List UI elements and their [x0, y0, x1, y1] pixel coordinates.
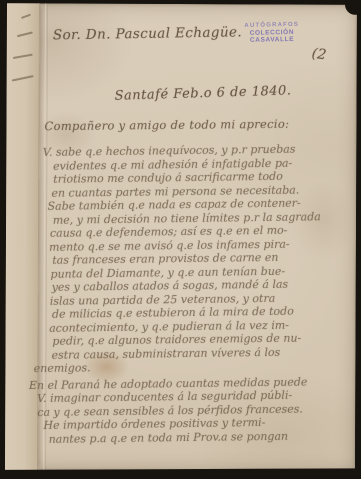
- collection-stamp: AUTÓGRAFOS COLECCIÓN CASAVALLE: [229, 21, 315, 44]
- margin-pen-mark: [12, 75, 34, 81]
- stamp-line-2: COLECCIÓN CASAVALLE: [229, 28, 315, 44]
- scanned-letter-photo: Sor. Dn. Pascual Echagüe. AUTÓGRAFOS COL…: [0, 0, 361, 479]
- salutation: Compañero y amigo de todo mi aprecio:: [44, 117, 289, 133]
- dateline: Santafé Feb.o 6 de 1840.: [114, 83, 291, 103]
- page-number: (2: [311, 46, 328, 64]
- recipient-line: Sor. Dn. Pascual Echagüe.: [53, 24, 242, 43]
- letter-body: V. sabe q.e hechos inequívocos, y p.r pr…: [26, 142, 342, 446]
- margin-pen-mark: [13, 54, 33, 59]
- body-line: enemigos.: [34, 358, 341, 376]
- photo-corner-shadow: [345, 0, 361, 15]
- margin-pen-mark: [21, 14, 31, 19]
- letter-page: Sor. Dn. Pascual Echagüe. AUTÓGRAFOS COL…: [5, 3, 357, 472]
- margin-pen-mark: [17, 31, 33, 37]
- photo-bottom-edge: [1, 468, 361, 479]
